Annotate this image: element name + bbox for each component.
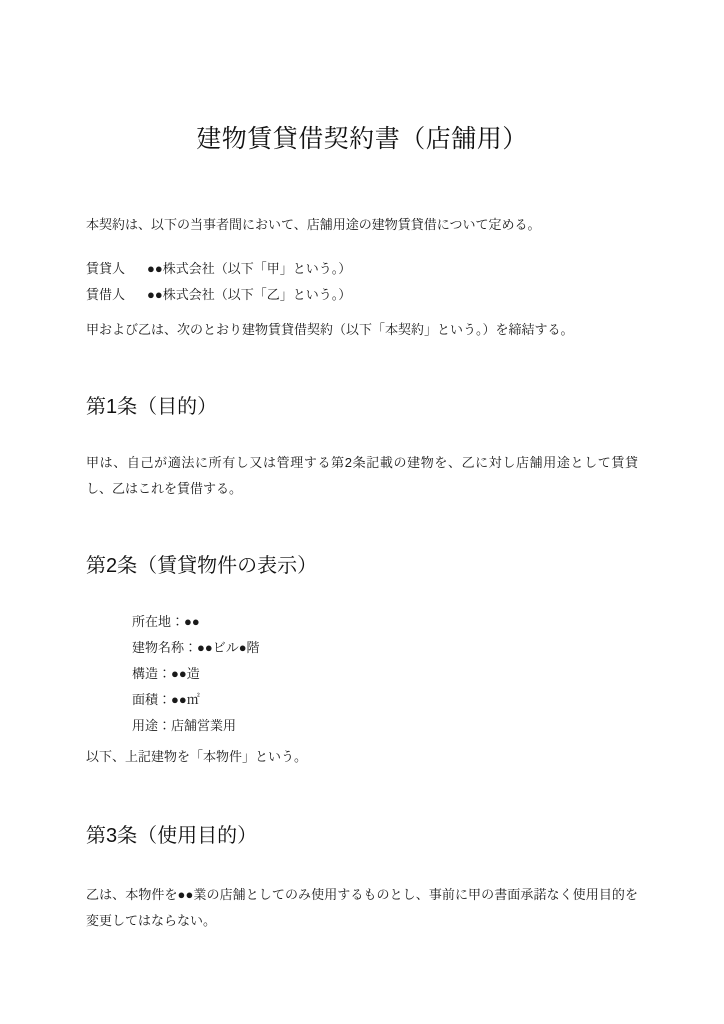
property-details-list: 所在地：●● 建物名称：●●ビル●階 構造：●●造 面積：●●㎡ 用途：店舗営業… [86, 609, 638, 739]
article-3-body: 乙は、本物件を●●業の店舗としてのみ使用するものとし、事前に甲の書面承諾なく使用… [86, 882, 638, 934]
lessee-line: 賃借人 ●●株式会社（以下「乙」という。） [86, 282, 638, 308]
lessee-name-text: ●●株式会社（以下「乙」という。） [147, 282, 351, 308]
document-title: 建物賃貸借契約書（店舗用） [86, 121, 638, 157]
lessor-role-label: 賃貸人 [86, 256, 125, 282]
property-detail-building-name: 建物名称：●●ビル●階 [132, 635, 638, 661]
lessee-role-label: 賃借人 [86, 282, 125, 308]
article-2-heading: 第2条（賃貸物件の表示） [86, 551, 638, 581]
contract-document-page: 建物賃貸借契約書（店舗用） 本契約は、以下の当事者間において、店舗用途の建物賃貸… [0, 0, 724, 1024]
property-detail-area: 面積：●●㎡ [132, 687, 638, 713]
parties-block: 賃貸人 ●●株式会社（以下「甲」という。） 賃借人 ●●株式会社（以下「乙」とい… [86, 256, 638, 308]
article-2-note: 以下、上記建物を「本物件」という。 [86, 744, 638, 770]
article-1-heading: 第1条（目的） [86, 392, 638, 422]
article-3-heading: 第3条（使用目的） [86, 821, 638, 851]
lessor-name-text: ●●株式会社（以下「甲」という。） [147, 256, 351, 282]
intro-paragraph: 本契約は、以下の当事者間において、店舗用途の建物賃貸借について定める。 [86, 212, 638, 238]
property-detail-use: 用途：店舗営業用 [132, 713, 638, 739]
property-detail-structure: 構造：●●造 [132, 661, 638, 687]
lessor-line: 賃貸人 ●●株式会社（以下「甲」という。） [86, 256, 638, 282]
property-detail-location: 所在地：●● [132, 609, 638, 635]
article-1-body: 甲は、自己が適法に所有し又は管理する第2条記載の建物を、乙に対し店舗用途として賃… [86, 450, 638, 502]
conclusion-paragraph: 甲および乙は、次のとおり建物賃貸借契約（以下「本契約」という。）を締結する。 [86, 317, 638, 343]
